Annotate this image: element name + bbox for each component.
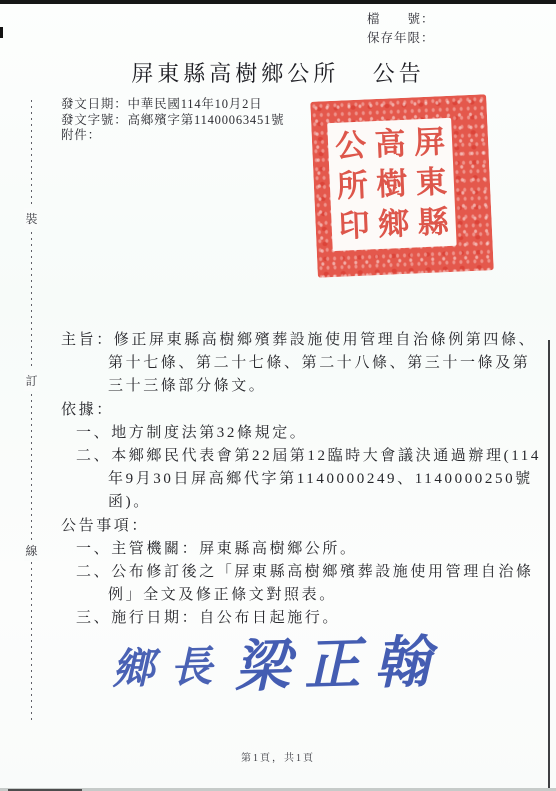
body-text-line: 公告事項： (61, 515, 543, 538)
body-text-line: 主旨：修正屏東縣高樹鄉殯葬設施使用管理自治條例第四條、 (61, 329, 543, 352)
binding-dotted-line (31, 100, 32, 720)
body-text-line: 第十七條、第二十七條、第二十八條、第三十一條及第 (61, 352, 543, 375)
body-text-line: 函)。 (61, 491, 543, 514)
document-type: 公告 (373, 61, 425, 86)
page-number-footer: 第1頁，共1頁 (0, 749, 556, 764)
mayor-signature-stamp: 鄉長 梁正翰 (111, 618, 445, 707)
retention-period-label: 保存年限： (367, 29, 435, 48)
scan-edge-right (548, 340, 550, 791)
doc-meta-line: 發文字號：高鄉殯字第11400063451號 (61, 113, 284, 129)
file-number-label: 檔 號： (367, 10, 435, 29)
seal-column: 公所印 (334, 127, 370, 246)
scan-edge-top (0, 0, 556, 4)
body-text-line: 依據： (61, 399, 543, 422)
signature-name: 梁正翰 (233, 618, 445, 703)
seal-column: 屏東縣 (413, 123, 449, 242)
seal-character: 屏 (413, 123, 446, 162)
announcement-body: 主旨：修正屏東縣高樹鄉殯葬設施使用管理自治條例第四條、第十七條、第二十七條、第二… (61, 329, 543, 631)
body-text-line: 一、地方制度法第32條規定。 (61, 422, 543, 445)
doc-meta-block: 發文日期：中華民國114年10月2日發文字號：高鄉殯字第11400063451號… (61, 97, 284, 144)
seal-character: 印 (338, 206, 371, 245)
issuing-org-name: 屏東縣高樹鄉公所 (131, 61, 339, 86)
seal-character: 東 (415, 163, 448, 202)
doc-meta-line: 發文日期：中華民國114年10月2日 (61, 97, 284, 113)
scanned-announcement-page: 檔 號： 保存年限： 屏東縣高樹鄉公所 公告 發文日期：中華民國114年10月2… (0, 0, 556, 791)
body-text-line: 二、公布修訂後之「屏東縣高樹鄉殯葬設施使用管理自治條 (61, 561, 543, 584)
seal-character: 所 (336, 167, 369, 206)
official-red-seal: 屏東縣高樹鄉公所印 (310, 94, 494, 278)
scan-mark-left (0, 27, 3, 38)
binding-mark-zhuang: 裝 (24, 208, 39, 229)
body-text-line: 三十三條部分條文。 (61, 375, 543, 398)
seal-character: 公 (334, 127, 367, 166)
document-title: 屏東縣高樹鄉公所 公告 (0, 57, 556, 88)
body-text-line: 例」全文及修正條文對照表。 (61, 584, 543, 607)
binding-mark-xian: 線 (24, 540, 39, 561)
filing-block: 檔 號： 保存年限： (367, 10, 435, 48)
body-text-line: 年9月30日屏高鄉代字第1140000249、1140000250號 (61, 468, 543, 491)
seal-column: 高樹鄉 (374, 125, 410, 244)
binding-mark-ding: 訂 (24, 370, 39, 391)
seal-characters: 屏東縣高樹鄉公所印 (327, 118, 456, 251)
seal-character: 樹 (376, 165, 409, 204)
seal-character: 縣 (417, 203, 450, 242)
signature-title: 鄉長 (111, 633, 229, 696)
body-text-line: 二、本鄉鄉民代表會第22屆第12臨時大會議決通過辦理(114 (61, 445, 543, 468)
body-text-line: 一、主管機關：屏東縣高樹鄉公所。 (61, 538, 543, 561)
seal-character: 高 (374, 125, 407, 164)
seal-character: 鄉 (377, 205, 410, 244)
doc-meta-line: 附件： (61, 128, 284, 144)
